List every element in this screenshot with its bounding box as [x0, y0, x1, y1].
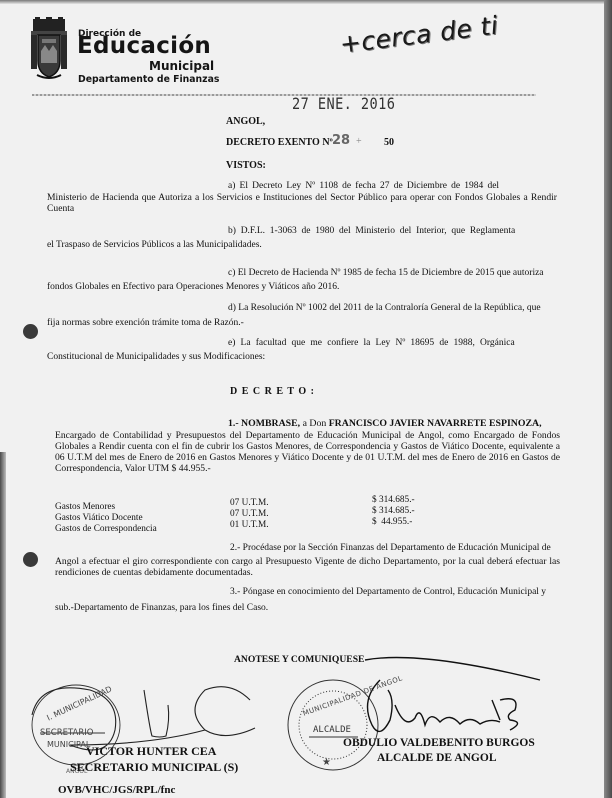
left-stamp-mid2: MUNICIPAL [47, 740, 90, 749]
right-stamp-center: ALCALDE [313, 725, 351, 735]
stamp-star: ★ [322, 757, 331, 768]
left-stamp-mid1: SECRETARIO [40, 728, 93, 738]
secretary-title: SECRETARIO MUNICIPAL (S) [70, 760, 238, 775]
mayor-name: OBDULIO VALDEBENITO BURGOS [343, 737, 535, 749]
signature-overlay: ★ [0, 0, 604, 798]
document-page: Dirección de Educación Municipal Departa… [0, 0, 604, 798]
mayor-signature-icon [365, 658, 540, 732]
mayor-title: ALCALDE DE ANGOL [377, 752, 497, 764]
secretary-name: VICTOR HUNTER CEA [86, 744, 216, 759]
scan-edge-right [604, 0, 612, 798]
initials-reference: OVB/VHC/JGS/RPL/fnc [58, 784, 175, 796]
